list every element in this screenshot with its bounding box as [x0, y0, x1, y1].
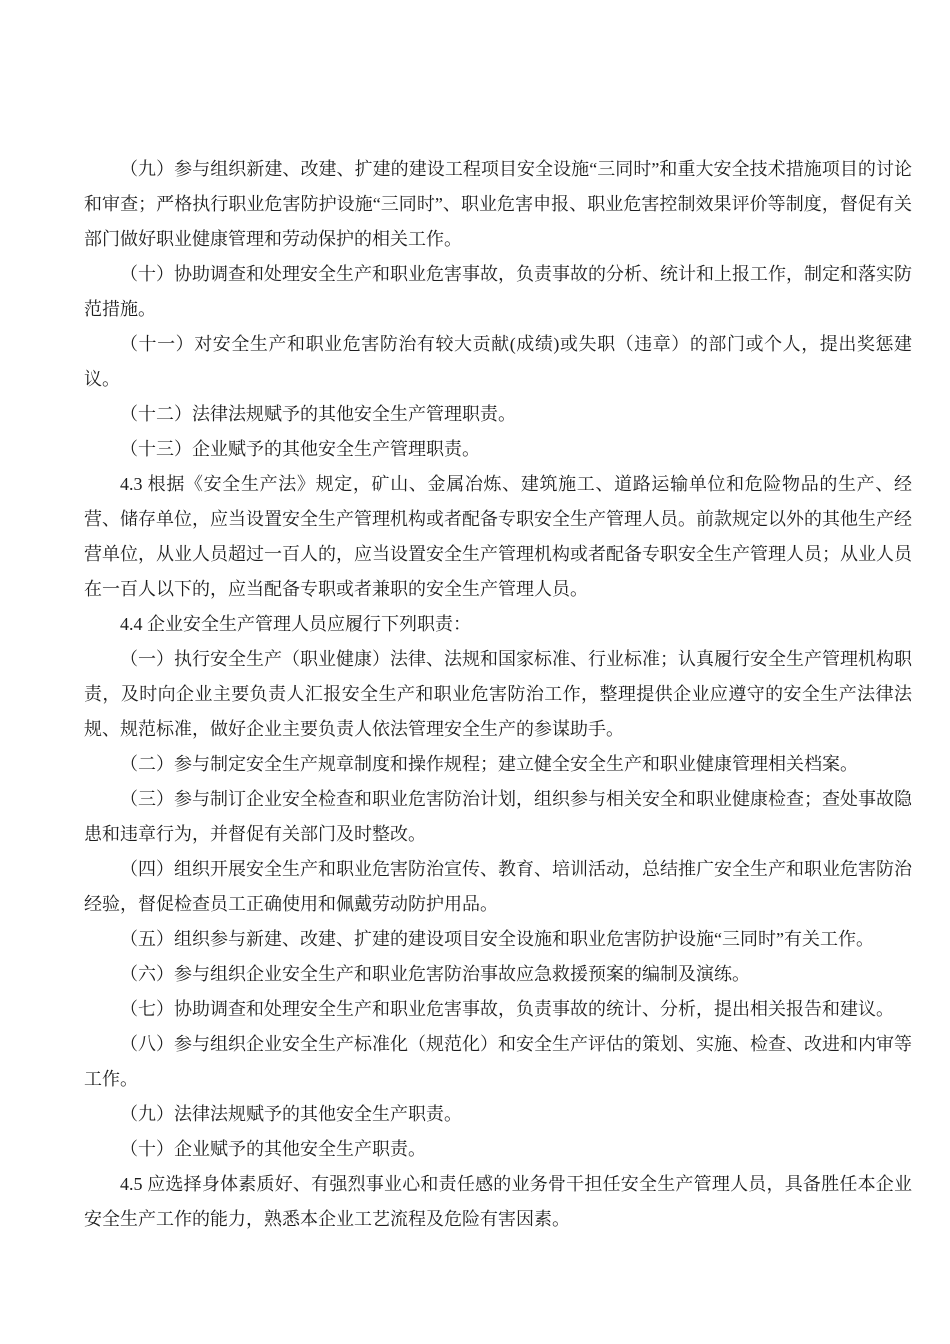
duty-paragraph-1: （一）执行安全生产（职业健康）法律、法规和国家标准、行业标准；认真履行安全生产管…	[84, 642, 912, 747]
duty-paragraph-3: （三）参与制订企业安全检查和职业危害防治计划，组织参与相关安全和职业健康检查；查…	[84, 782, 912, 852]
duty-paragraph-9: （九）法律法规赋予的其他安全生产职责。	[84, 1097, 912, 1132]
clause-paragraph-12: （十二）法律法规赋予的其他安全生产管理职责。	[84, 397, 912, 432]
duty-paragraph-4: （四）组织开展安全生产和职业危害防治宣传、教育、培训活动，总结推广安全生产和职业…	[84, 852, 912, 922]
duty-paragraph-8: （八）参与组织企业安全生产标准化（规范化）和安全生产评估的策划、实施、检查、改进…	[84, 1027, 912, 1097]
duty-paragraph-7: （七）协助调查和处理安全生产和职业危害事故，负责事故的统计、分析，提出相关报告和…	[84, 992, 912, 1027]
clause-paragraph-11: （十一）对安全生产和职业危害防治有较大贡献(成绩)或失职（违章）的部门或个人，提…	[84, 327, 912, 397]
clause-paragraph-9: （九）参与组织新建、改建、扩建的建设工程项目安全设施“三同时”和重大安全技术措施…	[84, 152, 912, 257]
document-page: （九）参与组织新建、改建、扩建的建设工程项目安全设施“三同时”和重大安全技术措施…	[0, 0, 950, 1344]
clause-paragraph-10: （十）协助调查和处理安全生产和职业危害事故，负责事故的分析、统计和上报工作，制定…	[84, 257, 912, 327]
duty-paragraph-6: （六）参与组织企业安全生产和职业危害防治事故应急救援预案的编制及演练。	[84, 957, 912, 992]
document-body-text: （九）参与组织新建、改建、扩建的建设工程项目安全设施“三同时”和重大安全技术措施…	[84, 152, 912, 1237]
clause-paragraph-13: （十三）企业赋予的其他安全生产管理职责。	[84, 432, 912, 467]
duty-paragraph-10: （十）企业赋予的其他安全生产职责。	[84, 1132, 912, 1167]
section-paragraph-4-4: 4.4 企业安全生产管理人员应履行下列职责：	[84, 607, 912, 642]
section-paragraph-4-5: 4.5 应选择身体素质好、有强烈事业心和责任感的业务骨干担任安全生产管理人员，具…	[84, 1167, 912, 1237]
section-paragraph-4-3: 4.3 根据《安全生产法》规定，矿山、金属冶炼、建筑施工、道路运输单位和危险物品…	[84, 467, 912, 607]
duty-paragraph-2: （二）参与制定安全生产规章制度和操作规程；建立健全安全生产和职业健康管理相关档案…	[84, 747, 912, 782]
duty-paragraph-5: （五）组织参与新建、改建、扩建的建设项目安全设施和职业危害防护设施“三同时”有关…	[84, 922, 912, 957]
